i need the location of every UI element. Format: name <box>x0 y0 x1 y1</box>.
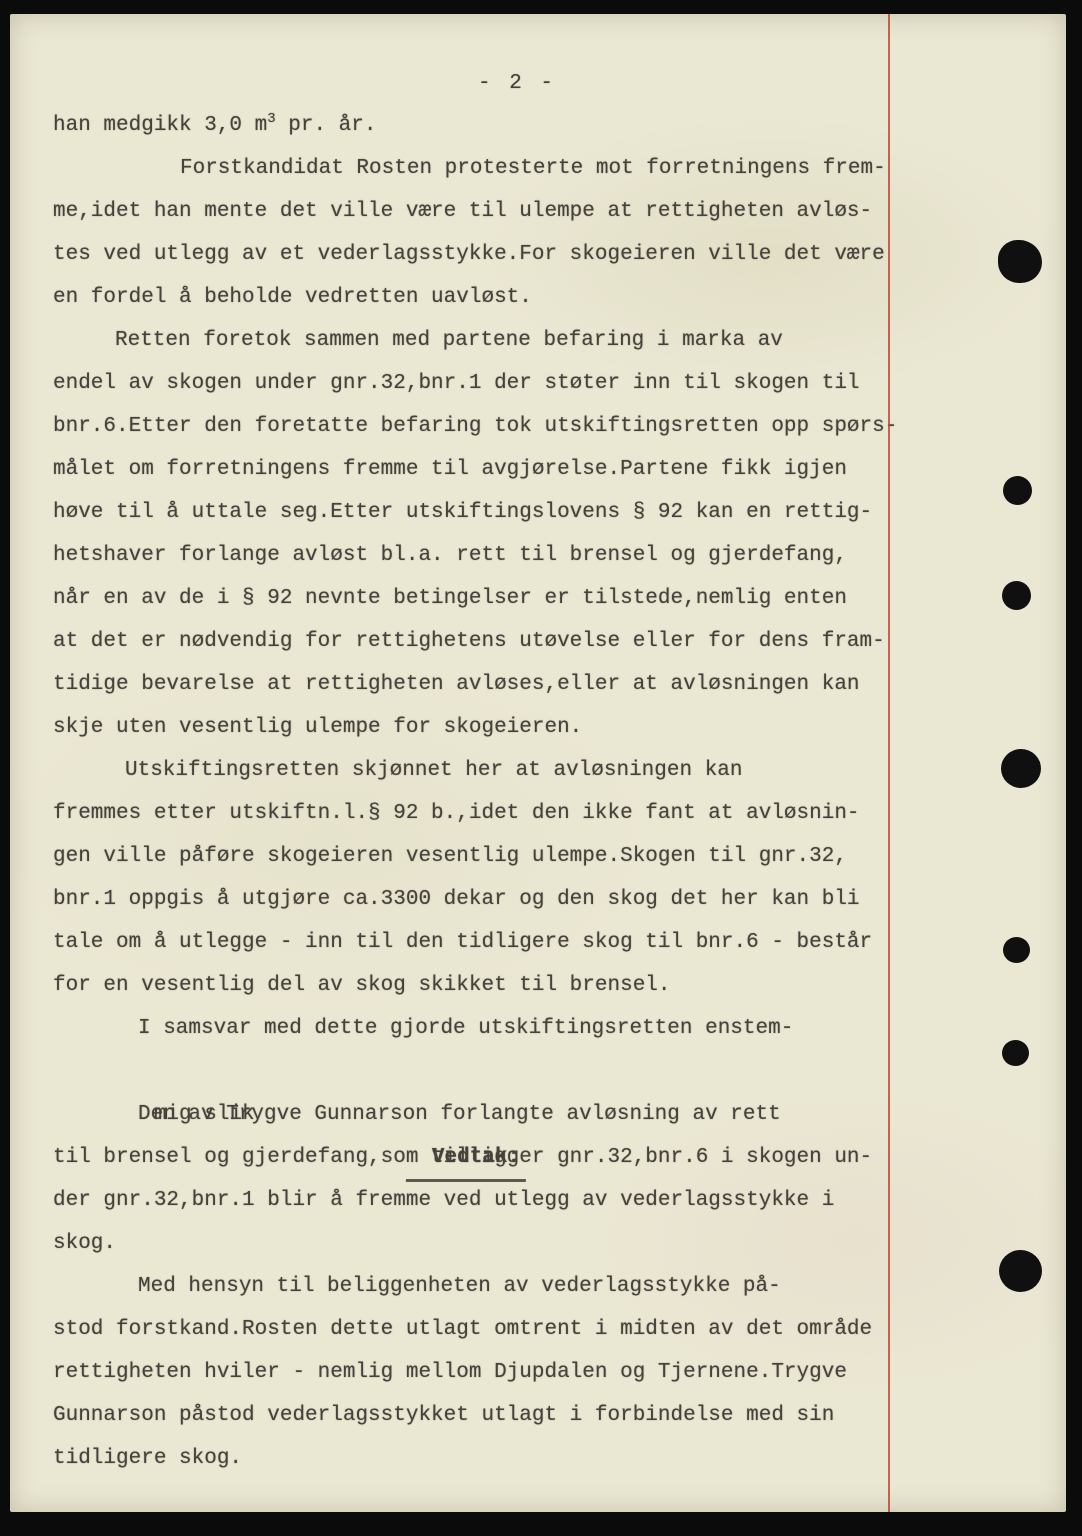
text-line: me,idet han mente det ville være til ule… <box>53 190 903 233</box>
text-line: skog. <box>53 1222 903 1265</box>
punch-hole <box>1001 749 1041 788</box>
page-number: - 2 - <box>478 62 556 105</box>
text-line: hetshaver forlange avløst bl.a. rett til… <box>53 534 903 577</box>
opening-line-post: pr. år. <box>276 114 377 137</box>
text-line: at det er nødvendig for rettighetens utø… <box>53 620 903 663</box>
text-line: skje uten vesentlig ulempe for skogeiere… <box>53 706 903 749</box>
text-line: stod forstkand.Rosten dette utlagt omtre… <box>53 1308 903 1351</box>
text-line: der gnr.32,bnr.1 blir å fremme ved utleg… <box>53 1179 903 1222</box>
punch-hole <box>999 1250 1042 1292</box>
punch-hole <box>998 240 1042 283</box>
text-line: Gunnarson påstod vederlagsstykket utlagt… <box>53 1394 903 1437</box>
margin-rule <box>888 14 890 1512</box>
text-line: målet om forretningens fremme til avgjør… <box>53 448 903 491</box>
text-line: I samsvar med dette gjorde utskiftingsre… <box>53 1007 903 1050</box>
text-line: endel av skogen under gnr.32,bnr.1 der s… <box>53 362 903 405</box>
opening-line-pre: han medgikk 3,0 m <box>53 114 267 137</box>
opening-line: han medgikk 3,0 m3 pr. år. <box>53 104 903 147</box>
text-line: Forstkandidat Rosten protesterte mot for… <box>53 147 903 190</box>
document-page: - 2 - han medgikk 3,0 m3 pr. år. Forstka… <box>10 14 1066 1512</box>
punch-hole <box>1002 1040 1029 1066</box>
text-line: tidligere skog. <box>53 1437 903 1480</box>
text-line: for en vesentlig del av skog skikket til… <box>53 964 903 1007</box>
text-line: bnr.6.Etter den foretatte befaring tok u… <box>53 405 903 448</box>
text-line: tale om å utlegge - inn til den tidliger… <box>53 921 903 964</box>
document-text: han medgikk 3,0 m3 pr. år. Forstkandidat… <box>53 104 903 1480</box>
text-line: tidige bevarelse at rettigheten avløses,… <box>53 663 903 706</box>
text-line: rettigheten hviler - nemlig mellom Djupd… <box>53 1351 903 1394</box>
text-line: tes ved utlegg av et vederlagsstykke.For… <box>53 233 903 276</box>
superscript-3: 3 <box>267 111 275 127</box>
scan-background: - 2 - han medgikk 3,0 m3 pr. år. Forstka… <box>0 0 1082 1536</box>
vedtak-title: Vedtak: <box>406 1136 526 1182</box>
vedtak-heading-row: mig slik Vedtak: <box>53 1050 903 1093</box>
punch-hole <box>1002 581 1031 610</box>
text-line: gen ville påføre skogeieren vesentlig ul… <box>53 835 903 878</box>
punch-hole <box>1003 937 1030 963</box>
text-line: høve til å uttale seg.Etter utskiftingsl… <box>53 491 903 534</box>
text-line: fremmes etter utskiftn.l.§ 92 b.,idet de… <box>53 792 903 835</box>
text-line: Med hensyn til beliggenheten av vederlag… <box>53 1265 903 1308</box>
text-line: når en av de i § 92 nevnte betingelser e… <box>53 577 903 620</box>
heading-left-text: mig slik <box>154 1103 255 1126</box>
text-line: bnr.1 oppgis å utgjøre ca.3300 dekar og … <box>53 878 903 921</box>
text-line: Retten foretok sammen med partene befari… <box>53 319 903 362</box>
punch-hole <box>1003 476 1032 505</box>
text-line: Utskiftingsretten skjønnet her at avløsn… <box>53 749 903 792</box>
text-line: en fordel å beholde vedretten uavløst. <box>53 276 903 319</box>
